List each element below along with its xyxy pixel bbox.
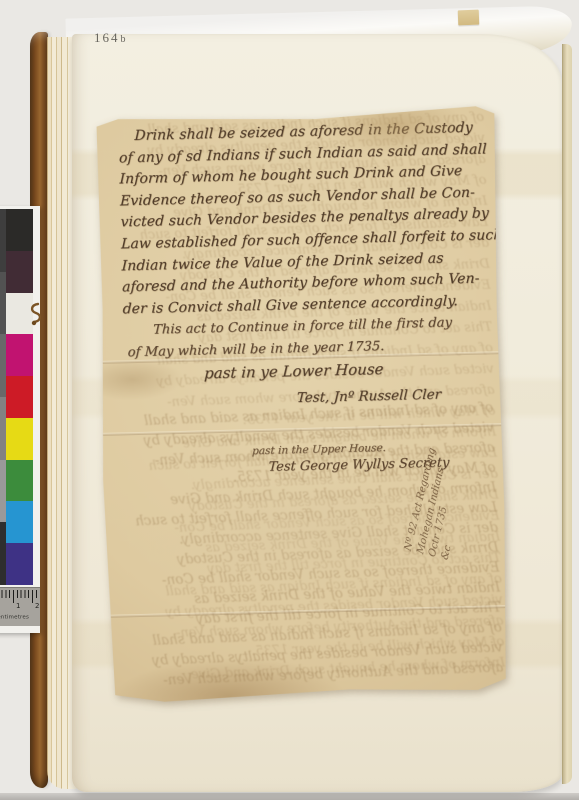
photo-of-archival-volume: 164b 1 2 centimetres of any of sd Indian…: [0, 0, 579, 800]
folio-suffix: b: [121, 34, 126, 45]
ruler-number: 1: [16, 602, 20, 610]
color-patch: [6, 460, 33, 502]
photo-background-strip: [0, 793, 579, 800]
ruler-unit-label: centimetres: [0, 614, 29, 620]
manuscript-body-text: Drink shall be seized as aforesd in the …: [118, 117, 500, 364]
color-patch: [6, 418, 33, 460]
calibration-ruler: 1 2 centimetres: [0, 587, 40, 626]
color-patch: [6, 251, 33, 293]
color-patch: [6, 209, 33, 251]
color-patch: [6, 543, 33, 585]
folio-number-stamp: 164b: [94, 29, 126, 47]
folio-number: 164: [94, 30, 120, 45]
manuscript-leaf: of any of sd Indians if such Indian as s…: [94, 105, 510, 705]
ruler-number: 2: [35, 602, 39, 610]
manuscript-leaf-wrap: of any of sd Indians if such Indian as s…: [94, 105, 510, 705]
spine-clasp-icon: [27, 301, 45, 329]
color-patch: [6, 376, 33, 418]
color-calibration-bar: 1 2 centimetres: [0, 206, 40, 633]
book-fore-edge: [562, 44, 572, 784]
index-tab: [458, 10, 480, 26]
color-patch: [6, 334, 33, 376]
color-patch: [6, 501, 33, 543]
color-bar-columns: [0, 209, 33, 585]
color-patch-column: [6, 209, 33, 585]
